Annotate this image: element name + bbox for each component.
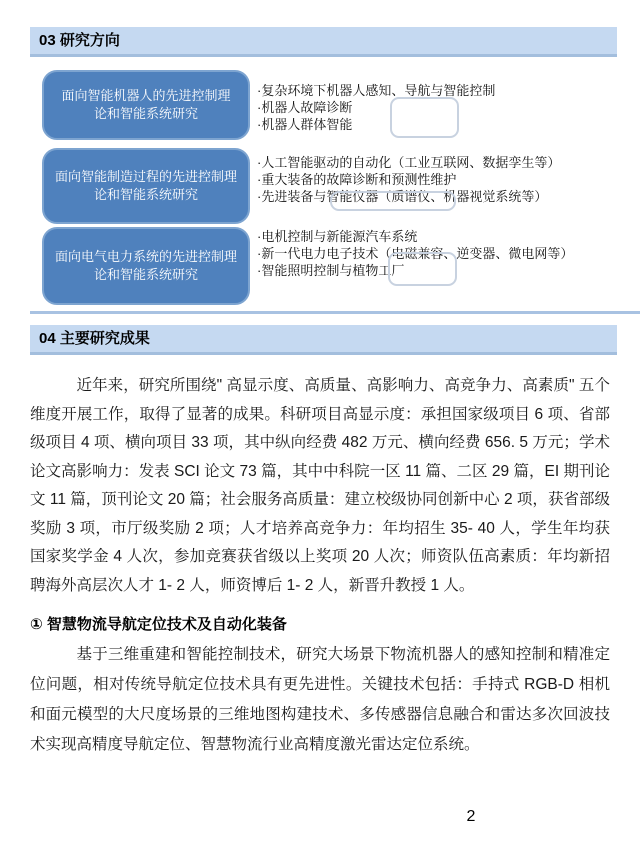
page-number: 2 — [456, 808, 486, 826]
direction-bullets-power-systems: ·电机控制与新能源汽车系统 ·新一代电力电子技术（电磁兼容、逆变器、微电网等） … — [257, 228, 613, 279]
direction-box-robotics: 面向智能机器人的先进控制理 论和智能系统研究 — [42, 70, 250, 140]
bullet-item: ·先进装备与智能仪器（质谱仪、机器视觉系统等） — [257, 188, 613, 205]
bullet-item: ·重大装备的故障诊断和预测性维护 — [257, 171, 613, 188]
section-title: 04 主要研究成果 — [39, 330, 150, 347]
bullet-item: ·机器人故障诊断 — [257, 99, 613, 116]
direction-box-label-line1: 面向电气电力系统的先进控制理 — [44, 248, 248, 266]
direction-bullets-manufacturing: ·人工智能驱动的自动化（工业互联网、数据孪生等） ·重大装备的故障诊断和预测性维… — [257, 154, 613, 205]
bullet-item: ·电机控制与新能源汽车系统 — [257, 228, 613, 245]
direction-bullets-robotics: ·复杂环境下机器人感知、导航与智能控制 ·机器人故障诊断 ·机器人群体智能 — [257, 82, 613, 133]
section-divider-line — [30, 311, 640, 314]
direction-box-manufacturing: 面向智能制造过程的先进控制理 论和智能系统研究 — [42, 148, 250, 224]
direction-box-label-line2: 论和智能系统研究 — [44, 266, 248, 284]
direction-box-label-line2: 论和智能系统研究 — [44, 186, 248, 204]
section-header-research-directions: 03 研究方向 — [30, 27, 617, 57]
direction-box-label-line1: 面向智能制造过程的先进控制理 — [44, 168, 248, 186]
smart-logistics-paragraph: 基于三维重建和智能控制技术，研究大场景下物流机器人的感知控制和精准定位问题，相对… — [30, 640, 610, 760]
bullet-item: ·智能照明控制与植物工厂 — [257, 262, 613, 279]
document-page: 03 研究方向 面向智能机器人的先进控制理 论和智能系统研究 ·复杂环境下机器人… — [0, 0, 640, 868]
bullet-item: ·新一代电力电子技术（电磁兼容、逆变器、微电网等） — [257, 245, 613, 262]
direction-box-label-line2: 论和智能系统研究 — [44, 105, 248, 123]
direction-box-label-line1: 面向智能机器人的先进控制理 — [44, 87, 248, 105]
subsection-heading-smart-logistics: ① 智慧物流导航定位技术及自动化装备 — [30, 613, 610, 634]
section-title: 03 研究方向 — [39, 32, 120, 49]
bullet-item: ·机器人群体智能 — [257, 116, 613, 133]
section-header-main-achievements: 04 主要研究成果 — [30, 325, 617, 355]
achievements-paragraph: 近年来，研究所围绕" 高显示度、高质量、高影响力、高竞争力、高素质" 五个维度开… — [30, 372, 610, 600]
direction-box-power-systems: 面向电气电力系统的先进控制理 论和智能系统研究 — [42, 227, 250, 305]
bullet-item: ·复杂环境下机器人感知、导航与智能控制 — [257, 82, 613, 99]
bullet-item: ·人工智能驱动的自动化（工业互联网、数据孪生等） — [257, 154, 613, 171]
